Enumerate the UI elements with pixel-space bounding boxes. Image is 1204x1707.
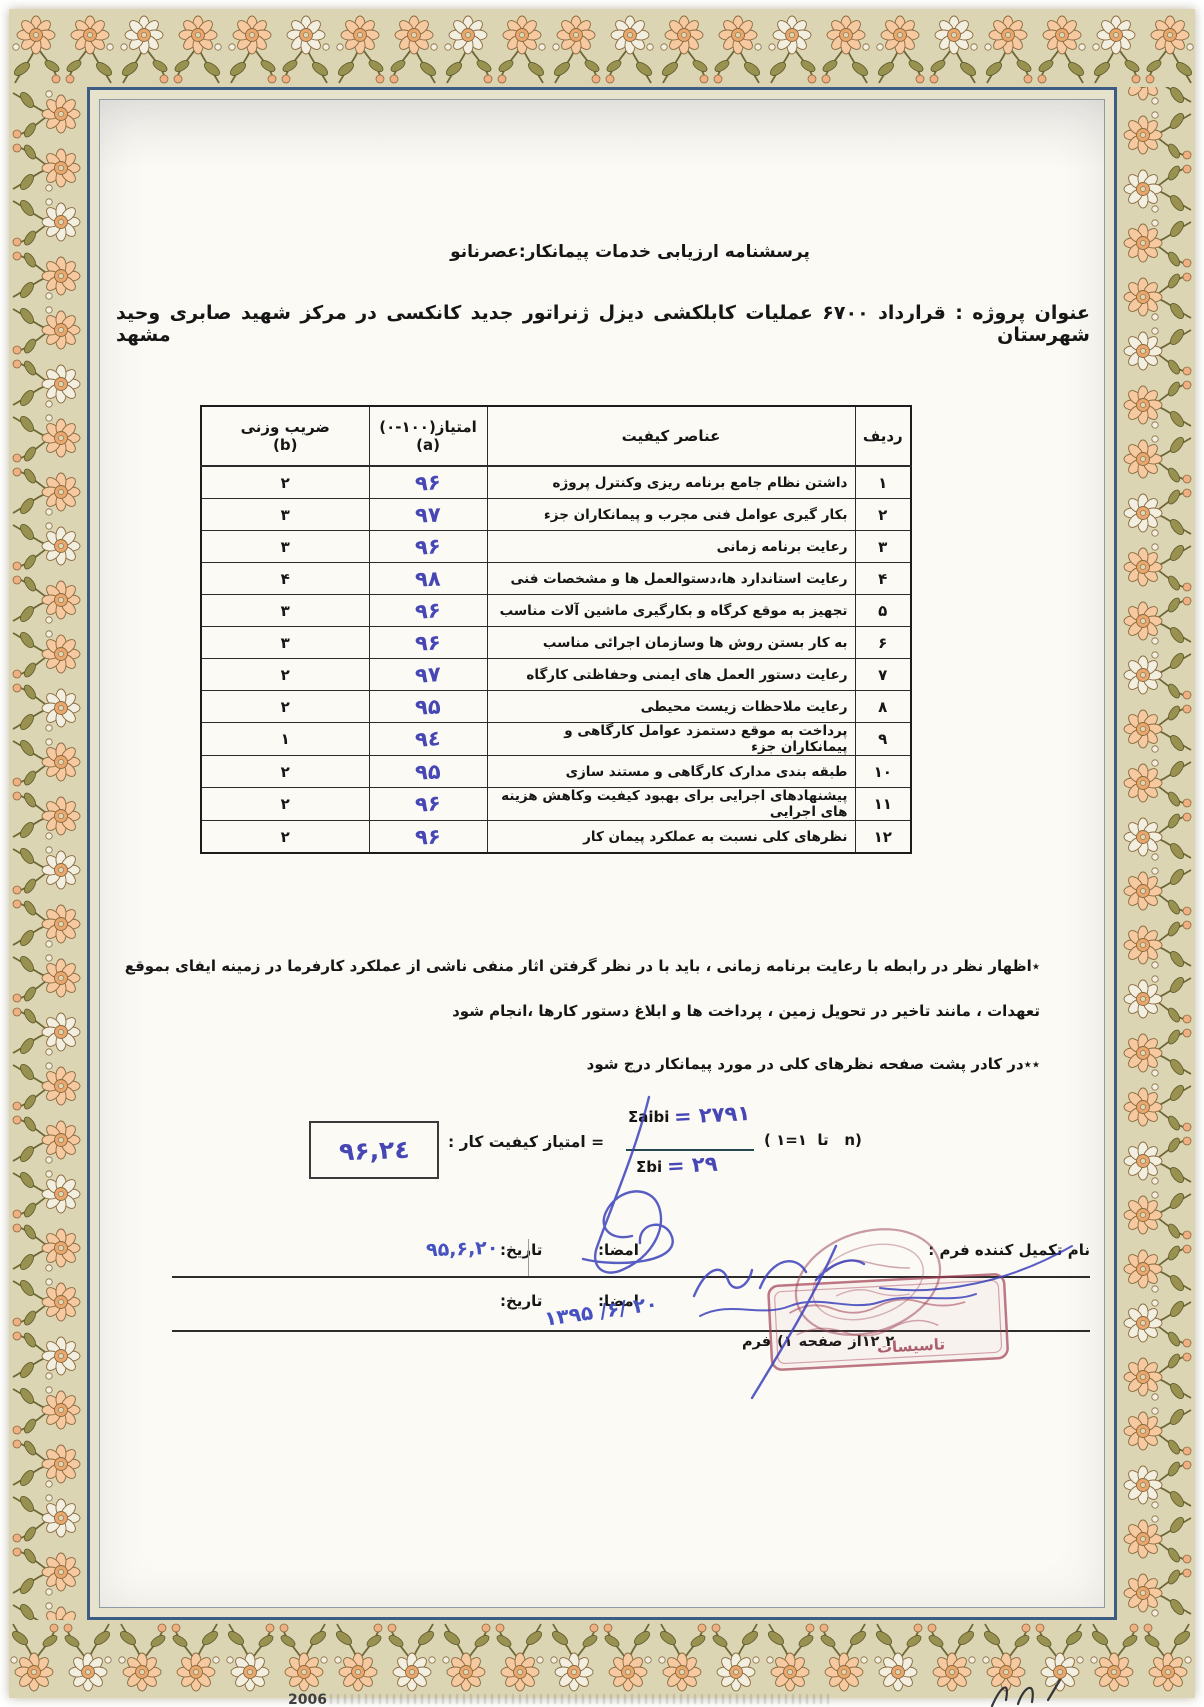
score-header-line2: (a) (370, 436, 487, 454)
row-number: ۱۲ (855, 821, 911, 854)
table-row: ۶ به کار بستن روش ها وسازمان اجرائی مناس… (201, 627, 911, 659)
denominator-handwritten: = ۲۹ (667, 1152, 719, 1179)
signature-cell-divider (528, 1239, 529, 1276)
handwritten-score: ۹۵ (415, 694, 441, 719)
column-header-weight: ضریب وزنی (b) (201, 406, 369, 466)
score-cell: ۹۵ (369, 691, 487, 723)
weight-value: ۱ (201, 723, 369, 756)
formula-range: ( ۱=۱ تا n) (764, 1131, 862, 1149)
weight-value: ۲ (201, 788, 369, 821)
score-cell: ۹۶ (369, 788, 487, 821)
handwritten-score: ۹۶ (415, 791, 441, 817)
quality-element-label: رعایت ملاحظات زیست محیطی (487, 691, 855, 723)
handwritten-score: ۹۷ (415, 661, 441, 687)
score-cell: ۹۵ (369, 756, 487, 788)
row-number: ۲ (855, 499, 911, 531)
weight-header-line1: ضریب وزنی (202, 418, 369, 436)
formula-label: = امتیاز کیفیت کار : (448, 1133, 604, 1151)
quality-element-label: رعایت استاندارد ها،دستوالعمل ها و مشخصات… (487, 563, 855, 595)
formula-denominator: Σbi = ۲۹ (636, 1153, 718, 1177)
row-number: ۸ (855, 691, 911, 723)
quality-evaluation-table: ردیف عناصر کیفیت امتیاز(۱۰۰-۰) (a) ضریب … (200, 405, 912, 854)
table-row: ۹ پرداخت به موقع دستمزد عوامل کارگاهی و … (201, 723, 911, 756)
quality-element-label: طبقه بندی مدارک کارگاهی و مستند سازی (487, 756, 855, 788)
result-box: ۹۶,۲٤ (309, 1121, 439, 1179)
column-header-quality-elements: عناصر کیفیت (487, 406, 855, 466)
signature-line-1 (172, 1276, 1090, 1278)
handwritten-result: ۹۶,۲٤ (338, 1134, 410, 1165)
row-number: ۱۰ (855, 756, 911, 788)
quality-element-label: رعایت برنامه زمانی (487, 531, 855, 563)
row-number: ۷ (855, 659, 911, 691)
handwritten-score: ۹۶ (415, 630, 441, 655)
handwritten-score: ۹۶ (415, 597, 441, 623)
numerator-symbol: Σaibi (628, 1108, 669, 1126)
table-row: ۱ داشتن نظام جامع برنامه ریزی وکنترل پرو… (201, 466, 911, 499)
handwritten-score: ۹٤ (415, 726, 441, 752)
bottom-scan-artifact-strip (330, 1694, 830, 1704)
table-row: ۵ تجهیز به موقع کرگاه و بکارگیری ماشین آ… (201, 595, 911, 627)
weight-value: ۳ (201, 595, 369, 627)
weight-value: ۳ (201, 627, 369, 659)
footer-word: فرم (742, 1334, 771, 1350)
quality-element-label: پرداخت به موقع دستمزد عوامل کارگاهی و پی… (487, 723, 855, 756)
table-row: ۴ رعایت استاندارد ها،دستوالعمل ها و مشخص… (201, 563, 911, 595)
footnote-2: ٭٭در کادر پشت صفحه نظرهای کلی در مورد پی… (587, 1055, 1040, 1073)
project-title-line: عنوان پروژه : قرارداد ۶۷۰۰ عملیات کابلکش… (116, 302, 1090, 346)
table-row: ۱۲ نظرهای کلی نسبت به عملکرد پیمان کار ۹… (201, 821, 911, 854)
weight-value: ۲ (201, 756, 369, 788)
quality-element-label: به کار بستن روش ها وسازمان اجرائی مناسب (487, 627, 855, 659)
footer-word: ۱) (777, 1334, 793, 1350)
table-row: ۸ رعایت ملاحظات زیست محیطی ۹۵ ۲ (201, 691, 911, 723)
score-cell: ۹۶ (369, 627, 487, 659)
score-cell: ۹۷ (369, 499, 487, 531)
handwritten-date-1: ۹۵,۶,۲۰ (426, 1237, 499, 1262)
fraction-bar (626, 1149, 754, 1151)
column-header-score: امتیاز(۱۰۰-۰) (a) (369, 406, 487, 466)
signature-line-2 (172, 1330, 1090, 1332)
date-label-2: تاریخ: (500, 1292, 542, 1310)
quality-element-label: رعایت دستور العمل های ایمنی وحفاظتی کارگ… (487, 659, 855, 691)
handwritten-score: ۹۸ (415, 566, 441, 591)
document-title: پرسشنامه ارزیابی خدمات پیمانکار:عصرنانو (150, 242, 1110, 262)
weight-value: ۴ (201, 563, 369, 595)
score-cell: ۹۶ (369, 595, 487, 627)
formula-numerator: Σaibi = ۲۷۹۱ (628, 1103, 751, 1127)
scanned-document: پرسشنامه ارزیابی خدمات پیمانکار:عصرنانو … (0, 0, 1204, 1707)
quality-element-label: داشتن نظام جامع برنامه ریزی وکنترل پروژه (487, 466, 855, 499)
handwritten-score: ۹۶ (415, 533, 441, 559)
weight-value: ۳ (201, 531, 369, 563)
score-cell: ۹٤ (369, 723, 487, 756)
row-number: ۳ (855, 531, 911, 563)
quality-element-label: نظرهای کلی نسبت به عملکرد پیمان کار (487, 821, 855, 854)
table-row: ۱۱ پیشنهادهای اجرایی برای بهبود کیفیت وک… (201, 788, 911, 821)
handwritten-score: ۹۵ (415, 759, 441, 784)
weight-value: ۲ (201, 691, 369, 723)
signature-label-1: امضا: (598, 1241, 639, 1259)
weight-value: ۳ (201, 499, 369, 531)
date-label-1: تاریخ: (500, 1241, 542, 1259)
footnote-1-line2: تعهدات ، مانند تاخیر در تحویل زمین ، پرد… (452, 1002, 1040, 1020)
weight-header-line2: (b) (202, 436, 369, 454)
row-number: ۵ (855, 595, 911, 627)
score-cell: ۹۶ (369, 531, 487, 563)
score-cell: ۹۷ (369, 659, 487, 691)
denominator-symbol: Σbi (636, 1158, 662, 1176)
row-number: ۱۱ (855, 788, 911, 821)
table-row: ۷ رعایت دستور العمل های ایمنی وحفاظتی کا… (201, 659, 911, 691)
footnote-1-line1: ٭اظهار نظر در رابطه با رعایت برنامه زمان… (125, 957, 1040, 975)
quality-element-label: بکار گیری عوامل فنی مجرب و پیمانکاران جز… (487, 499, 855, 531)
score-cell: ۹۸ (369, 563, 487, 595)
column-header-row-number: ردیف (855, 406, 911, 466)
document-content: پرسشنامه ارزیابی خدمات پیمانکار:عصرنانو … (0, 0, 1204, 1707)
table-header-row: ردیف عناصر کیفیت امتیاز(۱۰۰-۰) (a) ضریب … (201, 406, 911, 466)
quality-element-label: تجهیز به موقع کرگاه و بکارگیری ماشین آلا… (487, 595, 855, 627)
score-cell: ۹۶ (369, 466, 487, 499)
handwritten-score: ۹۷ (415, 502, 441, 527)
row-number: ۹ (855, 723, 911, 756)
quality-table-body: ۱ داشتن نظام جامع برنامه ریزی وکنترل پرو… (201, 466, 911, 853)
quality-element-label: پیشنهادهای اجرایی برای بهبود کیفیت وکاهش… (487, 788, 855, 821)
score-cell: ۹۶ (369, 821, 487, 854)
row-number: ۴ (855, 563, 911, 595)
bottom-scan-artifact-text: 2006 (288, 1692, 327, 1707)
weight-value: ۲ (201, 821, 369, 854)
numerator-handwritten: = ۲۷۹۱ (674, 1101, 751, 1129)
table-row: ۲ بکار گیری عوامل فنی مجرب و پیمانکاران … (201, 499, 911, 531)
handwritten-score: ۹۶ (415, 469, 441, 495)
table-row: ۳ رعایت برنامه زمانی ۹۶ ۳ (201, 531, 911, 563)
weight-value: ۲ (201, 659, 369, 691)
score-header-line1: امتیاز(۱۰۰-۰) (370, 418, 487, 436)
form-completer-name-label: نام تکمیل کننده فرم : (928, 1241, 1090, 1259)
weight-value: ۲ (201, 466, 369, 499)
row-number: ۶ (855, 627, 911, 659)
row-number: ۱ (855, 466, 911, 499)
handwritten-score: ۹۶ (415, 824, 441, 849)
table-row: ۱۰ طبقه بندی مدارک کارگاهی و مستند سازی … (201, 756, 911, 788)
